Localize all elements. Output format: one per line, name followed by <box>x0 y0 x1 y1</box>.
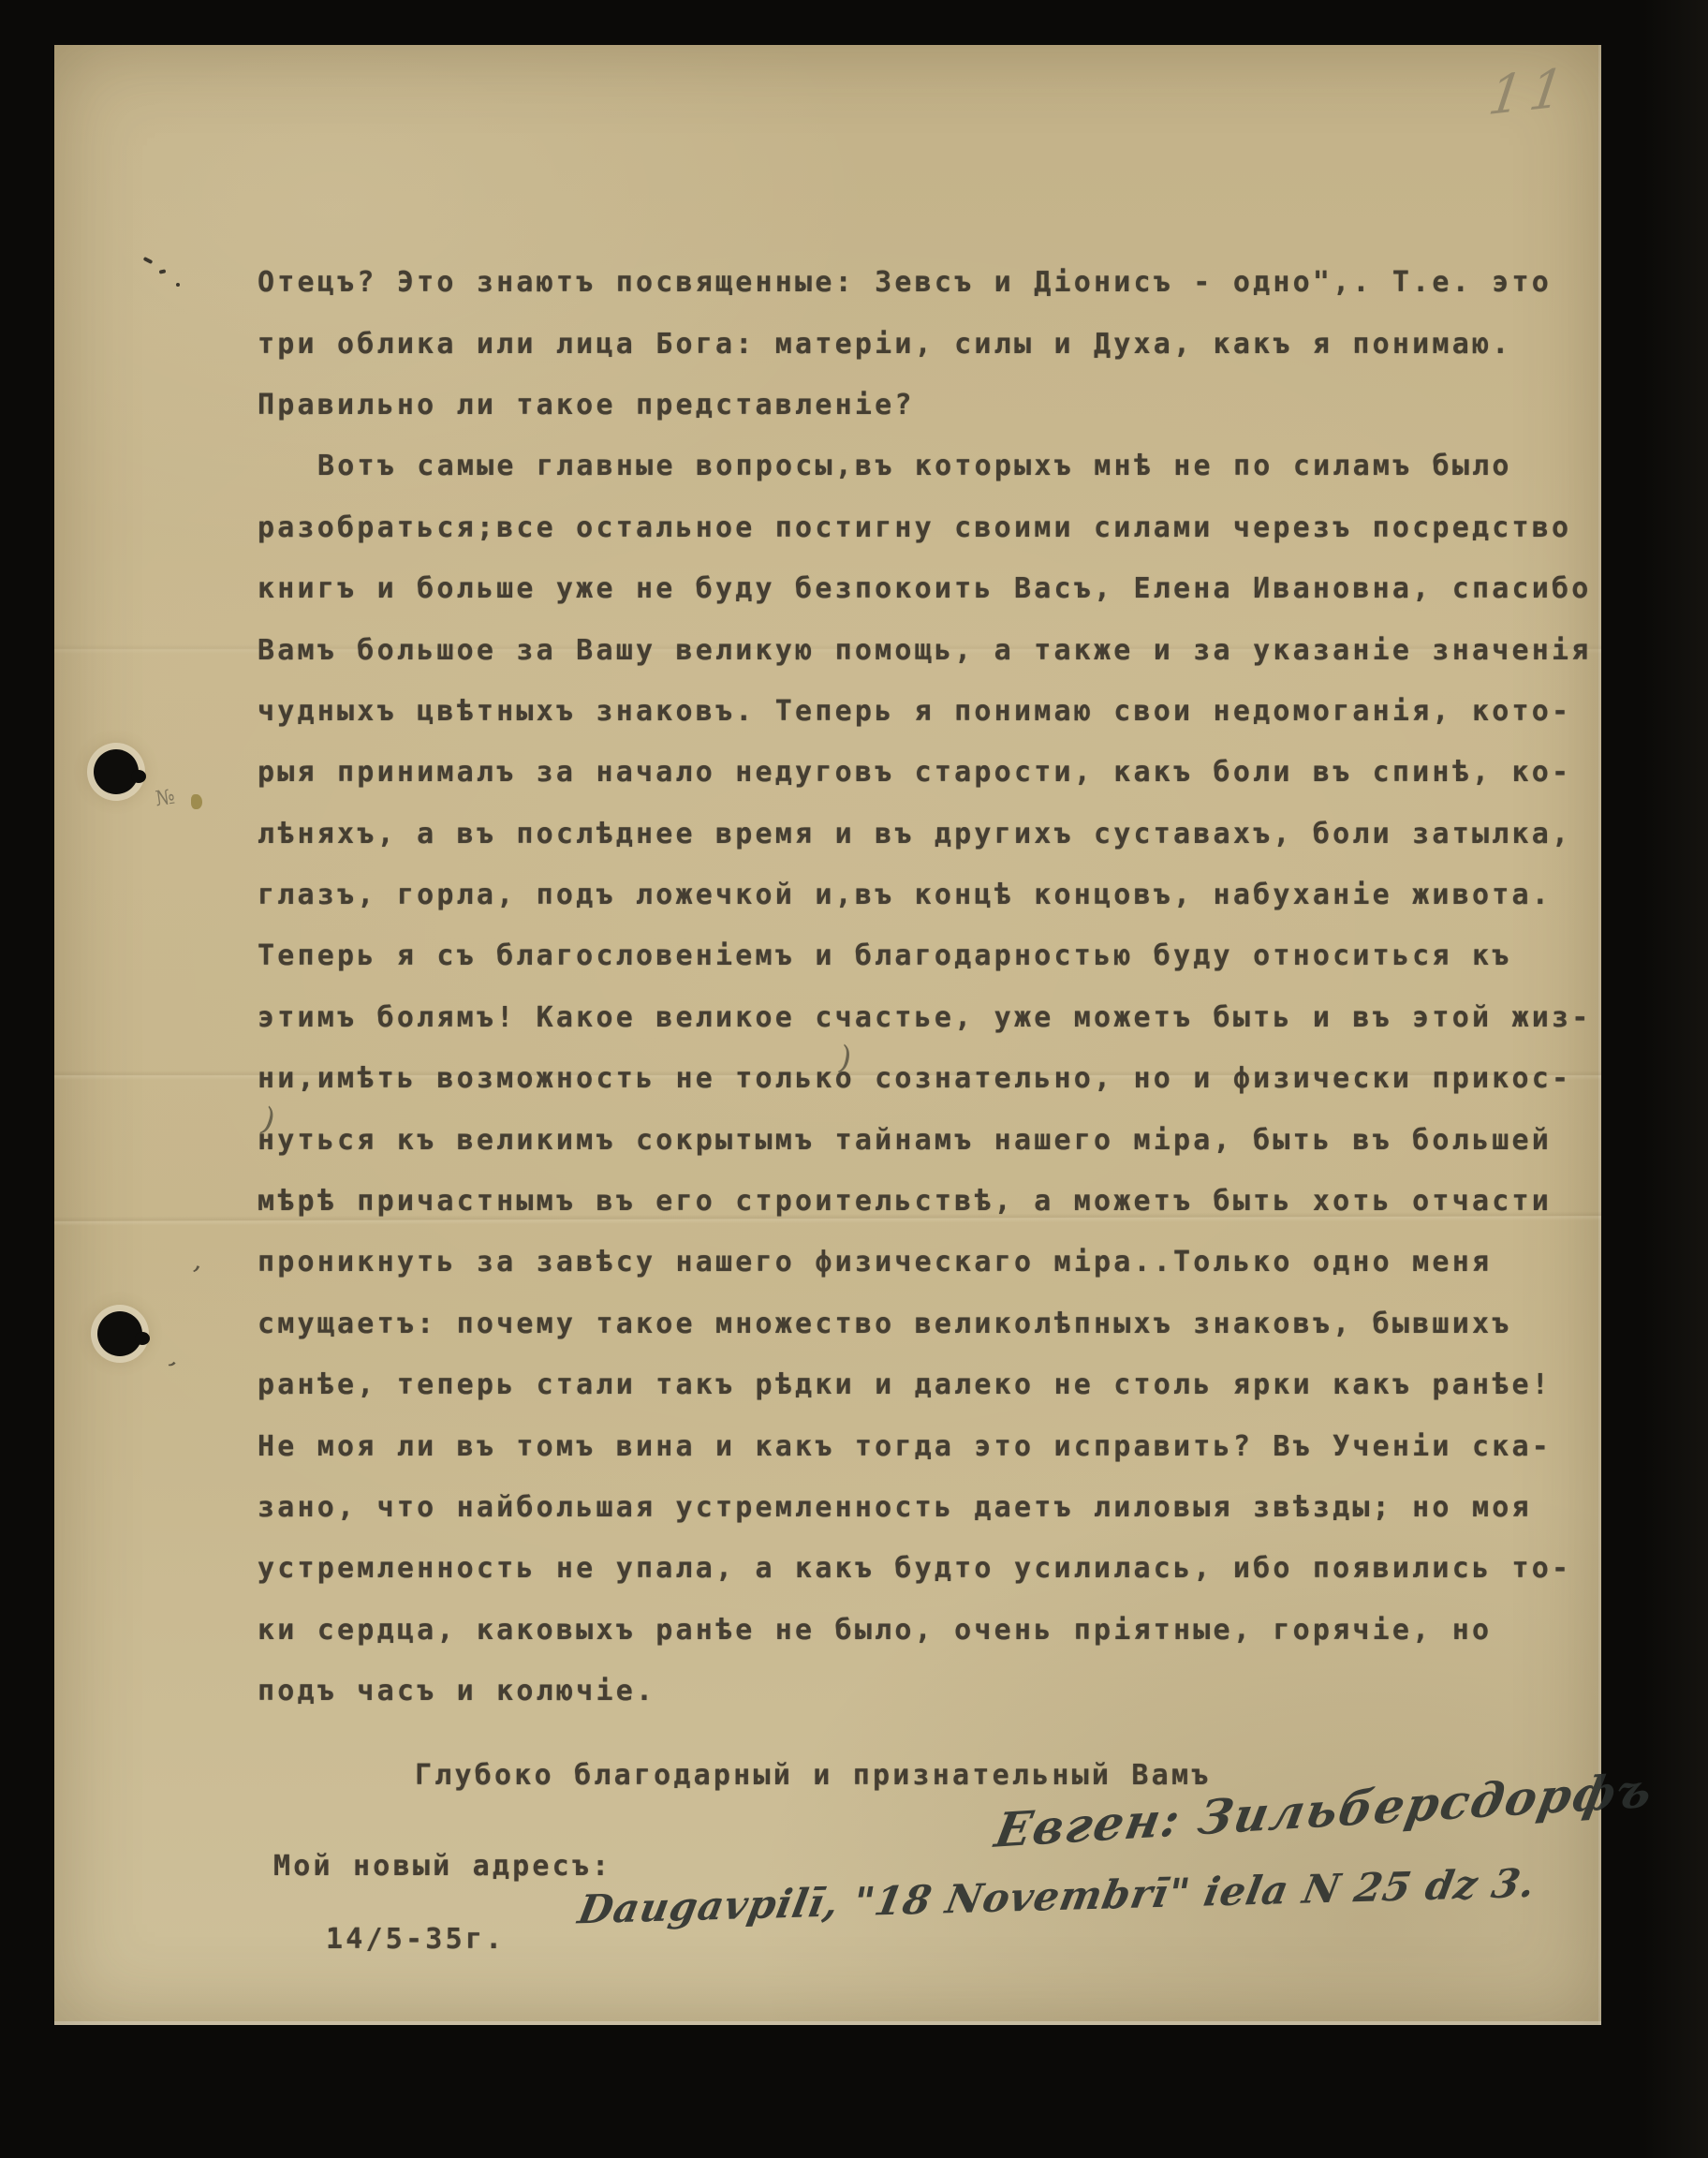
letter-paper: 11 Отецъ? Это знаютъ посвященные: Зевсъ … <box>54 45 1601 2025</box>
scanned-letter-page: { "colors":{ "background":"#0b0a08", "pa… <box>0 0 1708 2158</box>
typed-line: чудныхъ цвѣтныхъ знаковъ. Теперь я поним… <box>258 681 1592 742</box>
pencil-page-number: 11 <box>1485 57 1575 127</box>
ink-speck <box>176 283 180 287</box>
hole-punch-top <box>94 749 139 794</box>
typed-line: три облика или лица Бога: матеріи, силы … <box>258 313 1592 374</box>
typed-line: Вотъ самые главные вопросы,въ которыхъ м… <box>258 436 1592 496</box>
pencil-comma-mark: , <box>165 1343 191 1372</box>
paper-fleck <box>191 794 202 809</box>
typed-line: Отецъ? Это знаютъ посвященные: Зевсъ и Д… <box>258 252 1592 313</box>
typed-line: книгъ и больше уже не буду безпокоить Ва… <box>258 558 1592 619</box>
date-line: 14/5-35г. <box>326 1908 505 1970</box>
ink-speck <box>159 269 167 273</box>
typed-line: проникнуть за завѣсу нашего физическаго … <box>258 1232 1592 1293</box>
typed-line: смущаетъ: почему такое множество великол… <box>258 1293 1592 1354</box>
typed-line: зано, что найбольшая устремленность дает… <box>258 1477 1592 1538</box>
typed-line: Не моя ли въ томъ вина и какъ тогда это … <box>258 1415 1592 1476</box>
typed-line: мѣрѣ причастнымъ въ его строительствѣ, а… <box>258 1171 1592 1232</box>
typed-line: рыя принималъ за начало недуговъ старост… <box>258 742 1592 803</box>
typed-line: Теперь я съ благословеніемъ и благодарно… <box>258 925 1592 986</box>
typed-line: ни,имѣть возможность не только сознатель… <box>258 1048 1592 1109</box>
typed-line: ки сердца, каковыхъ ранѣе не было, очень… <box>258 1600 1592 1661</box>
typed-line: нуться къ великимъ сокрытымъ тайнамъ наш… <box>258 1109 1592 1170</box>
typed-line: устремленность не упала, а какъ будто ус… <box>258 1538 1592 1599</box>
handwritten-address: Daugavpilī, "18 Novembrī" iela N 25 dz 3… <box>575 1860 1539 1933</box>
typed-line: ранѣе, теперь стали такъ рѣдки и далеко … <box>258 1354 1592 1415</box>
hole-punch-bottom <box>97 1311 142 1356</box>
address-label: Мой новый адресъ: <box>273 1835 611 1897</box>
typed-line: подъ часъ и колючіе. <box>258 1661 1592 1722</box>
typed-letter-body: Отецъ? Это знаютъ посвященные: Зевсъ и Д… <box>258 252 1592 1722</box>
typed-line: лѣняхъ, а въ послѣднее время и въ других… <box>258 804 1592 865</box>
pencil-numero-mark: № <box>154 786 174 811</box>
typed-line: разобраться;все остальное постигну своим… <box>258 497 1592 558</box>
pencil-comma-mark: , <box>191 1243 208 1277</box>
ink-speck <box>143 257 154 264</box>
typed-line: Правильно ли такое представленіе? <box>258 375 1592 436</box>
typed-line: глазъ, горла, подъ ложечкой и,въ концѣ к… <box>258 865 1592 925</box>
scanner-background <box>1642 0 1708 2158</box>
typed-line: Вамъ большое за Вашу великую помощь, а т… <box>258 619 1592 680</box>
typed-line: этимъ болямъ! Какое великое счастье, уже… <box>258 987 1592 1048</box>
